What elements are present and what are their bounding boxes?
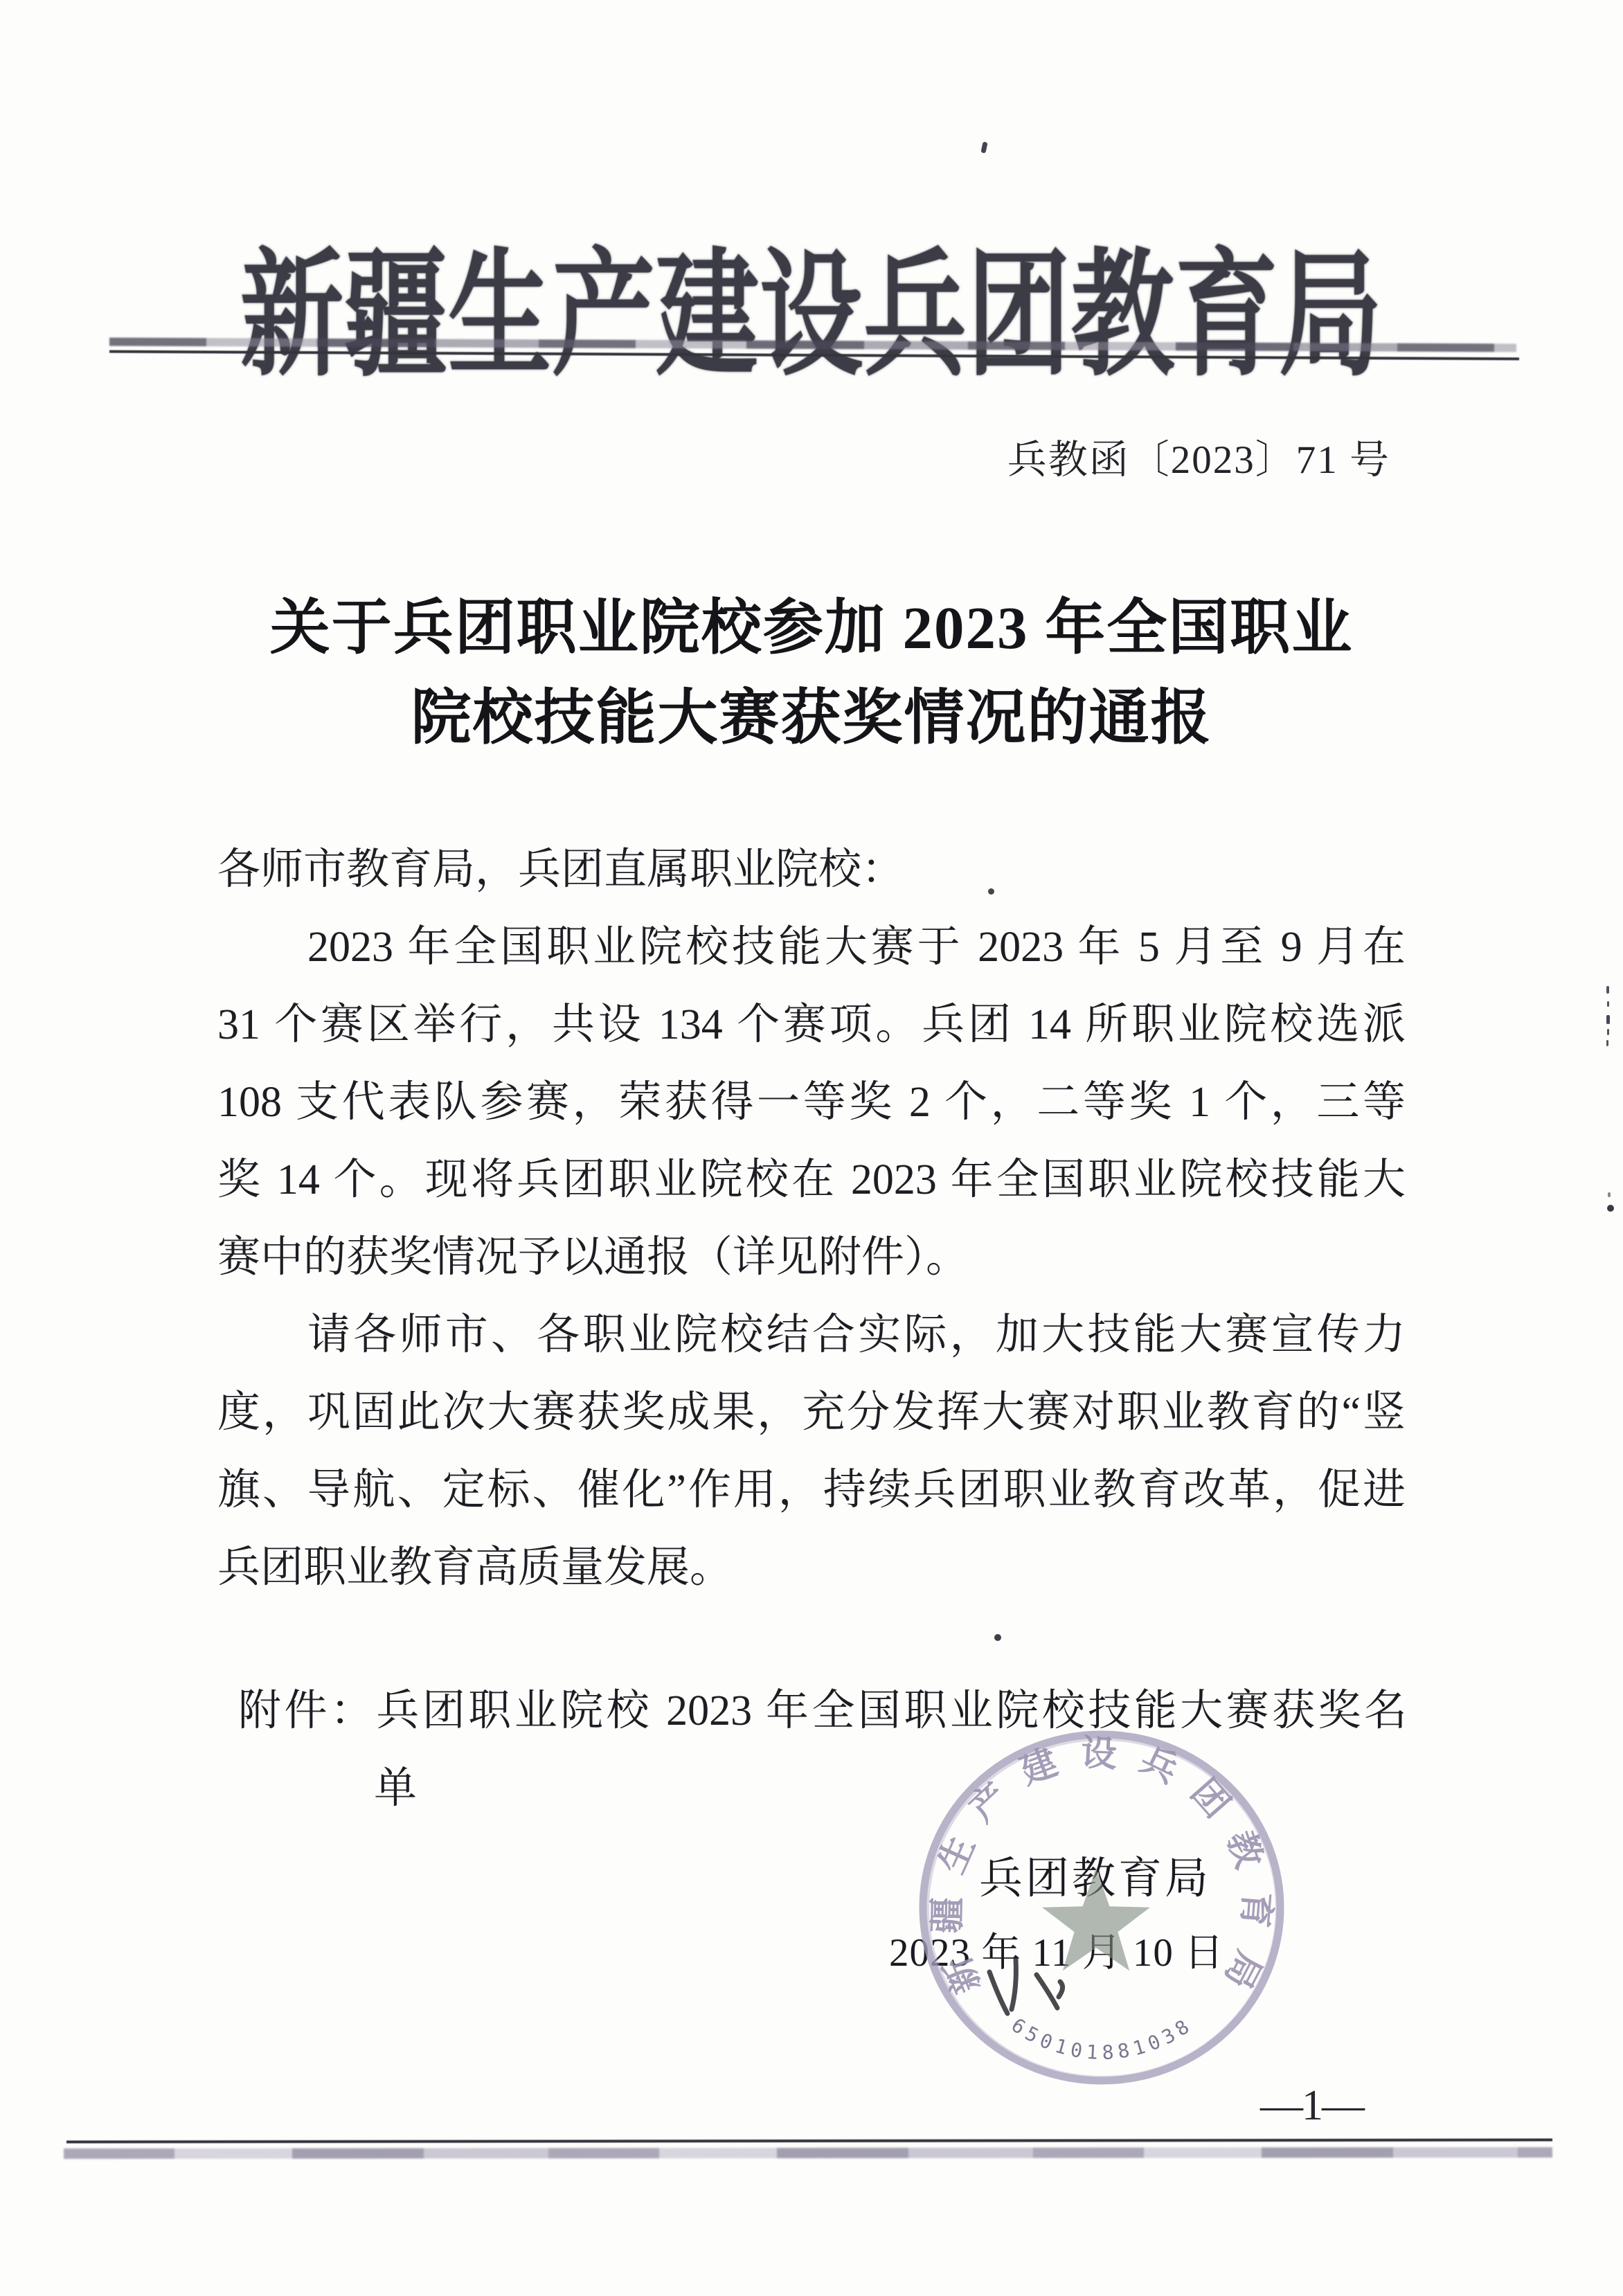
body-line: 旗、导航、定标、催化”作用，持续兵团职业教育改革，促进 (217, 1451, 1406, 1529)
document-reference-number: 兵教函〔2023〕71 号 (1007, 428, 1390, 485)
body-line: 赛中的获奖情况予以通报（详见附件）。 (217, 1219, 1406, 1296)
body-line: 31 个赛区举行，共设 134 个赛项。兵团 14 所职业院校选派 (217, 986, 1406, 1064)
official-round-seal: 新疆生产建设兵团教育局 6501018810384 (901, 1717, 1302, 2105)
body-line: 兵团职业教育高质量发展。 (217, 1529, 1406, 1606)
body-line: 108 支代表队参赛，荣获得一等奖 2 个，二等奖 1 个，三等 (217, 1064, 1406, 1141)
scan-edge-artifact (1607, 1029, 1609, 1035)
seal-arc-organization-text: 新疆生产建设兵团教育局 (927, 1734, 1277, 2014)
footer-divider-thin (66, 2139, 1552, 2144)
issuing-agency-header: 新疆生产建设兵团教育局 (240, 205, 1383, 402)
body-line: 奖 14 个。现将兵团职业院校在 2023 年全国职业院校技能大 (217, 1141, 1406, 1219)
document-title-line-2: 院校技能大赛获奖情况的通报 (0, 669, 1623, 755)
body-line: 请各师市、各职业院校结合实际，加大技能大赛宣传力 (217, 1296, 1406, 1374)
scan-edge-artifact (1606, 1040, 1608, 1046)
body-line: 2023 年全国职业院校技能大赛于 2023 年 5 月至 9 月在 (217, 908, 1406, 986)
body-line: 度，巩固此次大赛获奖成果，充分发挥大赛对职业教育的“竖 (217, 1374, 1406, 1451)
footer-divider-thick (64, 2147, 1552, 2159)
scan-edge-artifact (1606, 1015, 1610, 1024)
scan-speck (988, 888, 994, 895)
salutation-line: 各师市教育局，兵团直属职业院校： (217, 831, 1406, 908)
scan-edge-artifact (1608, 1192, 1611, 1197)
scanned-official-document: 新疆生产建设兵团教育局 兵教函〔2023〕71 号 关于兵团职业院校参加 202… (0, 0, 1623, 2296)
scan-edge-artifact (1606, 986, 1609, 994)
document-title-line-1: 关于兵团职业院校参加 2023 年全国职业 (0, 579, 1623, 665)
scan-speck (994, 1634, 1001, 1641)
document-body: 各师市教育局，兵团直属职业院校： 2023 年全国职业院校技能大赛于 2023 … (217, 831, 1406, 1606)
scan-edge-artifact (1607, 1001, 1609, 1007)
scan-edge-artifact (1607, 1205, 1614, 1212)
pen-scribble-marks (989, 1959, 1063, 2014)
scan-speck (980, 141, 987, 153)
seal-star-icon (1042, 1868, 1150, 1971)
